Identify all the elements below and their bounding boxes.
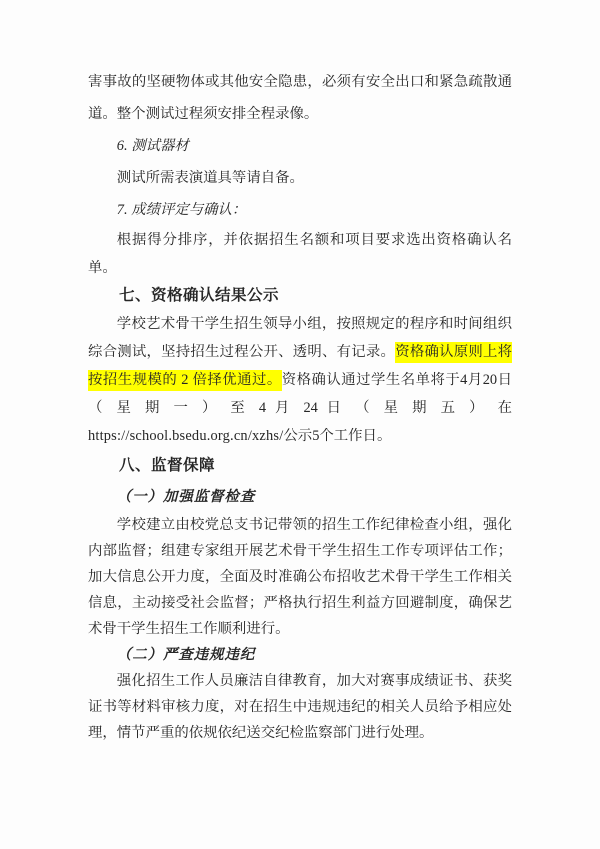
section7-date-line: （ 星 期 一 ） 至 4 月 24 日 （ 星 期 五 ） 在 — [88, 394, 512, 422]
section8-heading: 八、监督保障 — [88, 450, 512, 482]
section7-paragraph-line: 综合测试，坚持招生过程公开、透明、有记录。资格确认原则上将 — [88, 338, 512, 366]
section8-sub1-line: 内部监督；组建专家组开展艺术骨干学生招生工作专项评估工作； — [88, 538, 512, 564]
section8-sub1-heading: （一）加强监督检查 — [88, 482, 512, 512]
item7-body-line: 根据得分排序，并依据招生名额和项目要求选出资格确认名 — [88, 226, 512, 254]
section8-sub2-heading: （二）严查违规违纪 — [88, 642, 512, 668]
highlighted-text: 资格确认原则上将 — [395, 342, 512, 363]
paragraph-text: 资格确认通过学生名单将于4月20日 — [282, 372, 512, 388]
section8-sub2-line: 证书等材料审核力度，对在招生中违规违纪的相关人员给予相应处 — [88, 694, 512, 720]
publicity-url: https://school.bsedu.org.cn/xzhs/ — [88, 428, 283, 444]
section8-sub1-line: 学校建立由校党总支书记带领的招生工作纪律检查小组，强化 — [88, 512, 512, 538]
section7-paragraph-line: 学校艺术骨干学生招生领导小组，按照规定的程序和时间组织 — [88, 310, 512, 338]
section8-sub1-line: 术骨干学生招生工作顺利进行。 — [88, 616, 512, 642]
item7-body-line: 单。 — [88, 254, 512, 282]
paragraph-text: 综合测试，坚持招生过程公开、透明、有记录。 — [88, 344, 395, 360]
paragraph-line: 道。整个测试过程须安排全程录像。 — [88, 98, 512, 130]
document-page: 害事故的坚硬物体或其他安全隐患，必须有安全出口和紧急疏散通 道。整个测试过程须安… — [0, 0, 600, 849]
document-content: 害事故的坚硬物体或其他安全隐患，必须有安全出口和紧急疏散通 道。整个测试过程须安… — [88, 66, 512, 746]
section7-url-line: https://school.bsedu.org.cn/xzhs/公示5个工作日… — [88, 422, 512, 450]
paragraph-text: 公示5个工作日。 — [283, 428, 391, 444]
section8-sub1-line: 信息，主动接受社会监督；严格执行招生利益方回避制度，确保艺 — [88, 590, 512, 616]
item6-body: 测试所需表演道具等请自备。 — [88, 162, 512, 194]
section8-sub2-line: 强化招生工作人员廉洁自律教育，加大对赛事成绩证书、获奖 — [88, 668, 512, 694]
paragraph-line: 害事故的坚硬物体或其他安全隐患，必须有安全出口和紧急疏散通 — [88, 66, 512, 98]
section8-sub1-line: 加大信息公开力度，全面及时准确公布招收艺术骨干学生工作相关 — [88, 564, 512, 590]
section7-heading: 七、资格确认结果公示 — [88, 282, 512, 310]
item7-heading: 7. 成绩评定与确认： — [88, 194, 512, 226]
section8-sub2-line: 理，情节严重的依规依纪送交纪检监察部门进行处理。 — [88, 720, 512, 746]
item6-heading: 6. 测试器材 — [88, 130, 512, 162]
section7-paragraph-line: 按招生规模的 2 倍择优通过。资格确认通过学生名单将于4月20日 — [88, 366, 512, 394]
highlighted-text: 按招生规模的 2 倍择优通过。 — [88, 370, 282, 391]
